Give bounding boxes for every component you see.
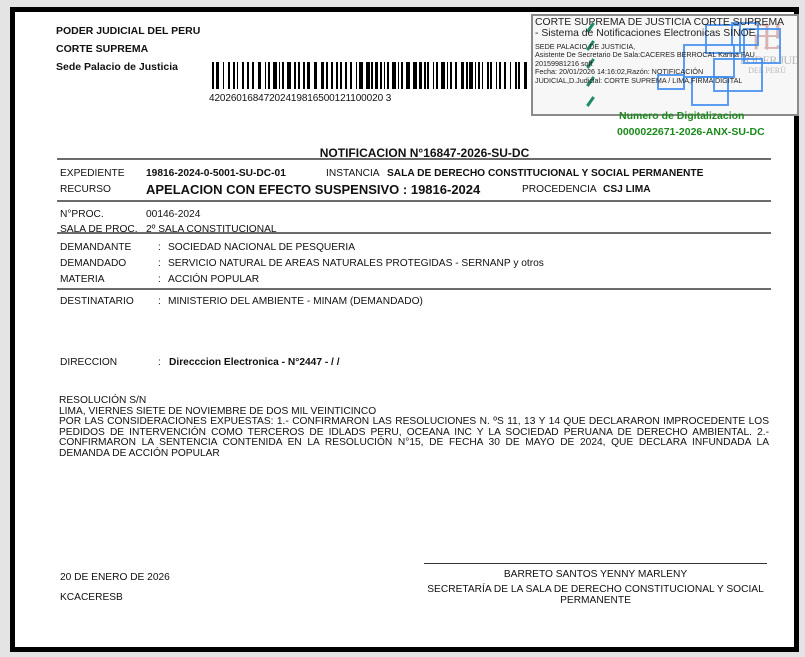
court-name: CORTE SUPREMA [56,40,148,58]
notification-date: 20 DE ENERO DE 2026 [60,572,170,583]
divider [57,288,771,290]
signature-title-line: CORTE SUPREMA DE JUSTICIA CORTE SUPREMA [535,17,784,28]
direccion-value: Direcccion Electronica - N°2447 - / / [169,357,340,368]
materia-label: MATERIA [60,274,105,285]
resolution-text: RESOLUCIÓN S/N LIMA, VIERNES SIETE DE NO… [59,396,769,460]
demandante-label: DEMANDANTE [60,242,131,253]
demandante-value: SOCIEDAD NACIONAL DE PESQUERIA [168,242,355,253]
nproc-label: N°PROC. [60,209,104,220]
barcode [212,62,534,89]
resolution-number: RESOLUCIÓN S/N [59,396,769,407]
colon: : [158,258,161,269]
instancia-value: SALA DE DERECHO CONSTITUCIONAL Y SOCIAL … [387,168,703,179]
signer-name: BARRETO SANTOS YENNY MARLENY [424,569,767,580]
instancia-label: INSTANCIA [326,168,380,179]
digital-signature-stamp: 卍 PODER JUDICIAL DEL PERÚ CORTE SUPREMA … [531,14,799,116]
digitalization-number: 0000022671-2026-ANX-SU-DC [617,126,765,138]
direccion-label: DIRECCION [60,357,117,368]
resolution-paragraph: POR LAS CONSIDERACIONES EXPUESTAS: 1.- C… [59,417,769,459]
digitalization-label: Numero de Digitalizacion [619,110,744,122]
signer-role: SECRETARÍA DE LA SALA DE DERECHO CONSTIT… [424,584,767,606]
notification-document: PODER JUDICIAL DEL PERU CORTE SUPREMA Se… [10,7,799,652]
colon: : [158,274,161,285]
signature-line [424,563,767,564]
colon: : [158,357,161,368]
signature-title-line: - Sistema de Notificaciones Electronicas… [535,28,784,39]
demandado-value: SERVICIO NATURAL DE AREAS NATURALES PROT… [168,258,544,269]
signature-details: SEDE PALACIO DE JUSTICIA, Asistente De S… [535,43,755,85]
barcode-number: 42026016847202419816500121100020 3 [209,93,391,104]
institution-name: PODER JUDICIAL DEL PERU [56,22,200,40]
expediente-label: EXPEDIENTE [60,168,125,179]
materia-value: ACCIÓN POPULAR [168,274,259,285]
destinatario-label: DESTINATARIO [60,296,134,307]
destinatario-value: MINISTERIO DEL AMBIENTE - MINAM (DEMANDA… [168,296,423,307]
recurso-label: RECURSO [60,184,111,195]
signature-pen-mark-icon [586,96,595,107]
procedencia-value: CSJ LIMA [603,184,651,195]
colon: : [158,242,161,253]
colon: : [158,296,161,307]
signature-title: CORTE SUPREMA DE JUSTICIA CORTE SUPREMA … [535,17,784,39]
signature-detail-line: JUDICIAL,D.Judicial: CORTE SUPREMA / LIM… [535,77,755,85]
demandado-label: DEMANDADO [60,258,126,269]
divider [57,232,771,234]
court-seat: Sede Palacio de Justicia [56,58,178,76]
nproc-value: 00146-2024 [146,209,200,220]
user-code: KCACERESB [60,592,123,603]
divider [57,200,771,202]
procedencia-label: PROCEDENCIA [522,184,597,195]
divider [57,158,771,160]
recurso-value: APELACION CON EFECTO SUSPENSIVO : 19816-… [146,182,480,197]
expediente-value: 19816-2024-0-5001-SU-DC-01 [146,168,286,179]
